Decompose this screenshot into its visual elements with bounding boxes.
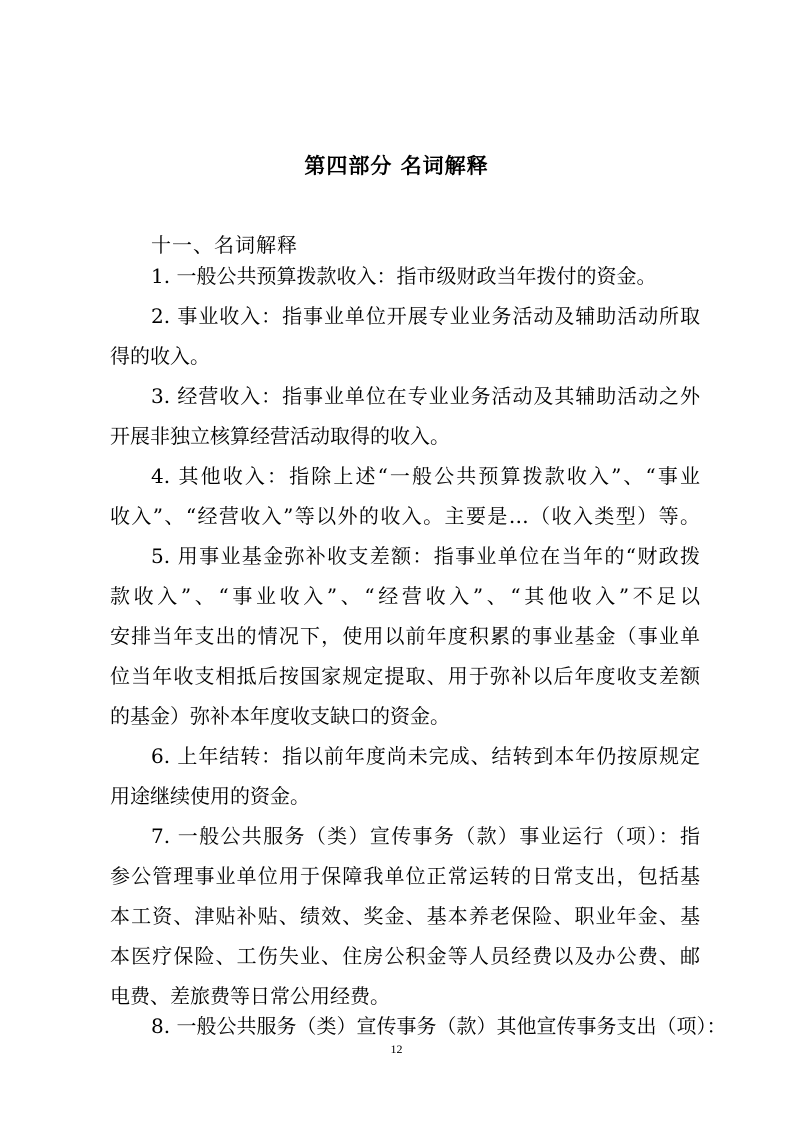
text-line: 3. 经营收入：指事业单位在专业业务活动及其辅助活动之外 (151, 382, 700, 410)
text-line: 参公管理事业单位用于保障我单位正常运转的日常支出，包括基 (110, 862, 700, 890)
text-line: 开展非独立核算经营活动取得的收入。 (110, 422, 700, 450)
text-line: 本工资、津贴补贴、绩效、奖金、基本养老保险、职业年金、基 (110, 902, 700, 930)
text-line: 4. 其他收入：指除上述“一般公共预算拨款收入”、“事业 (151, 462, 700, 490)
text-line: 7. 一般公共服务（类）宣传事务（款）事业运行（项）：指 (151, 822, 700, 850)
text-line: 2. 事业收入：指事业单位开展专业业务活动及辅助活动所取 (151, 302, 700, 330)
text-line: 安排当年支出的情况下，使用以前年度积累的事业基金（事业单 (110, 622, 700, 650)
text-line: 8. 一般公共服务（类）宣传事务（款）其他宣传事务支出（项）： (151, 1012, 700, 1040)
text-line: 6. 上年结转：指以前年度尚未完成、结转到本年仍按原规定 (151, 742, 700, 770)
text-line: 款收入”、“事业收入”、“经营收入”、“其他收入”不足以 (110, 582, 700, 610)
text-line: 位当年收支相抵后按国家规定提取、用于弥补以后年度收支差额 (110, 662, 700, 690)
text-line: 的基金）弥补本年度收支缺口的资金。 (110, 702, 700, 730)
text-line: 1. 一般公共预算拨款收入：指市级财政当年拨付的资金。 (151, 262, 700, 290)
page-title: 第四部分 名词解释 (0, 150, 793, 180)
text-line: 电费、差旅费等日常公用经费。 (110, 982, 700, 1010)
text-line: 收入”、“经营收入”等以外的收入。主要是…（收入类型）等。 (110, 502, 700, 530)
page-number: 12 (0, 1042, 793, 1057)
text-line: 用途继续使用的资金。 (110, 782, 700, 810)
section-heading: 十一、名词解释 (151, 229, 298, 258)
text-line: 本医疗保险、工伤失业、住房公积金等人员经费以及办公费、邮 (110, 942, 700, 970)
text-line: 5. 用事业基金弥补收支差额：指事业单位在当年的“财政拨 (151, 542, 700, 570)
text-line: 得的收入。 (110, 342, 700, 370)
document-page: 第四部分 名词解释 十一、名词解释 1. 一般公共预算拨款收入：指市级财政当年拨… (0, 0, 793, 1122)
